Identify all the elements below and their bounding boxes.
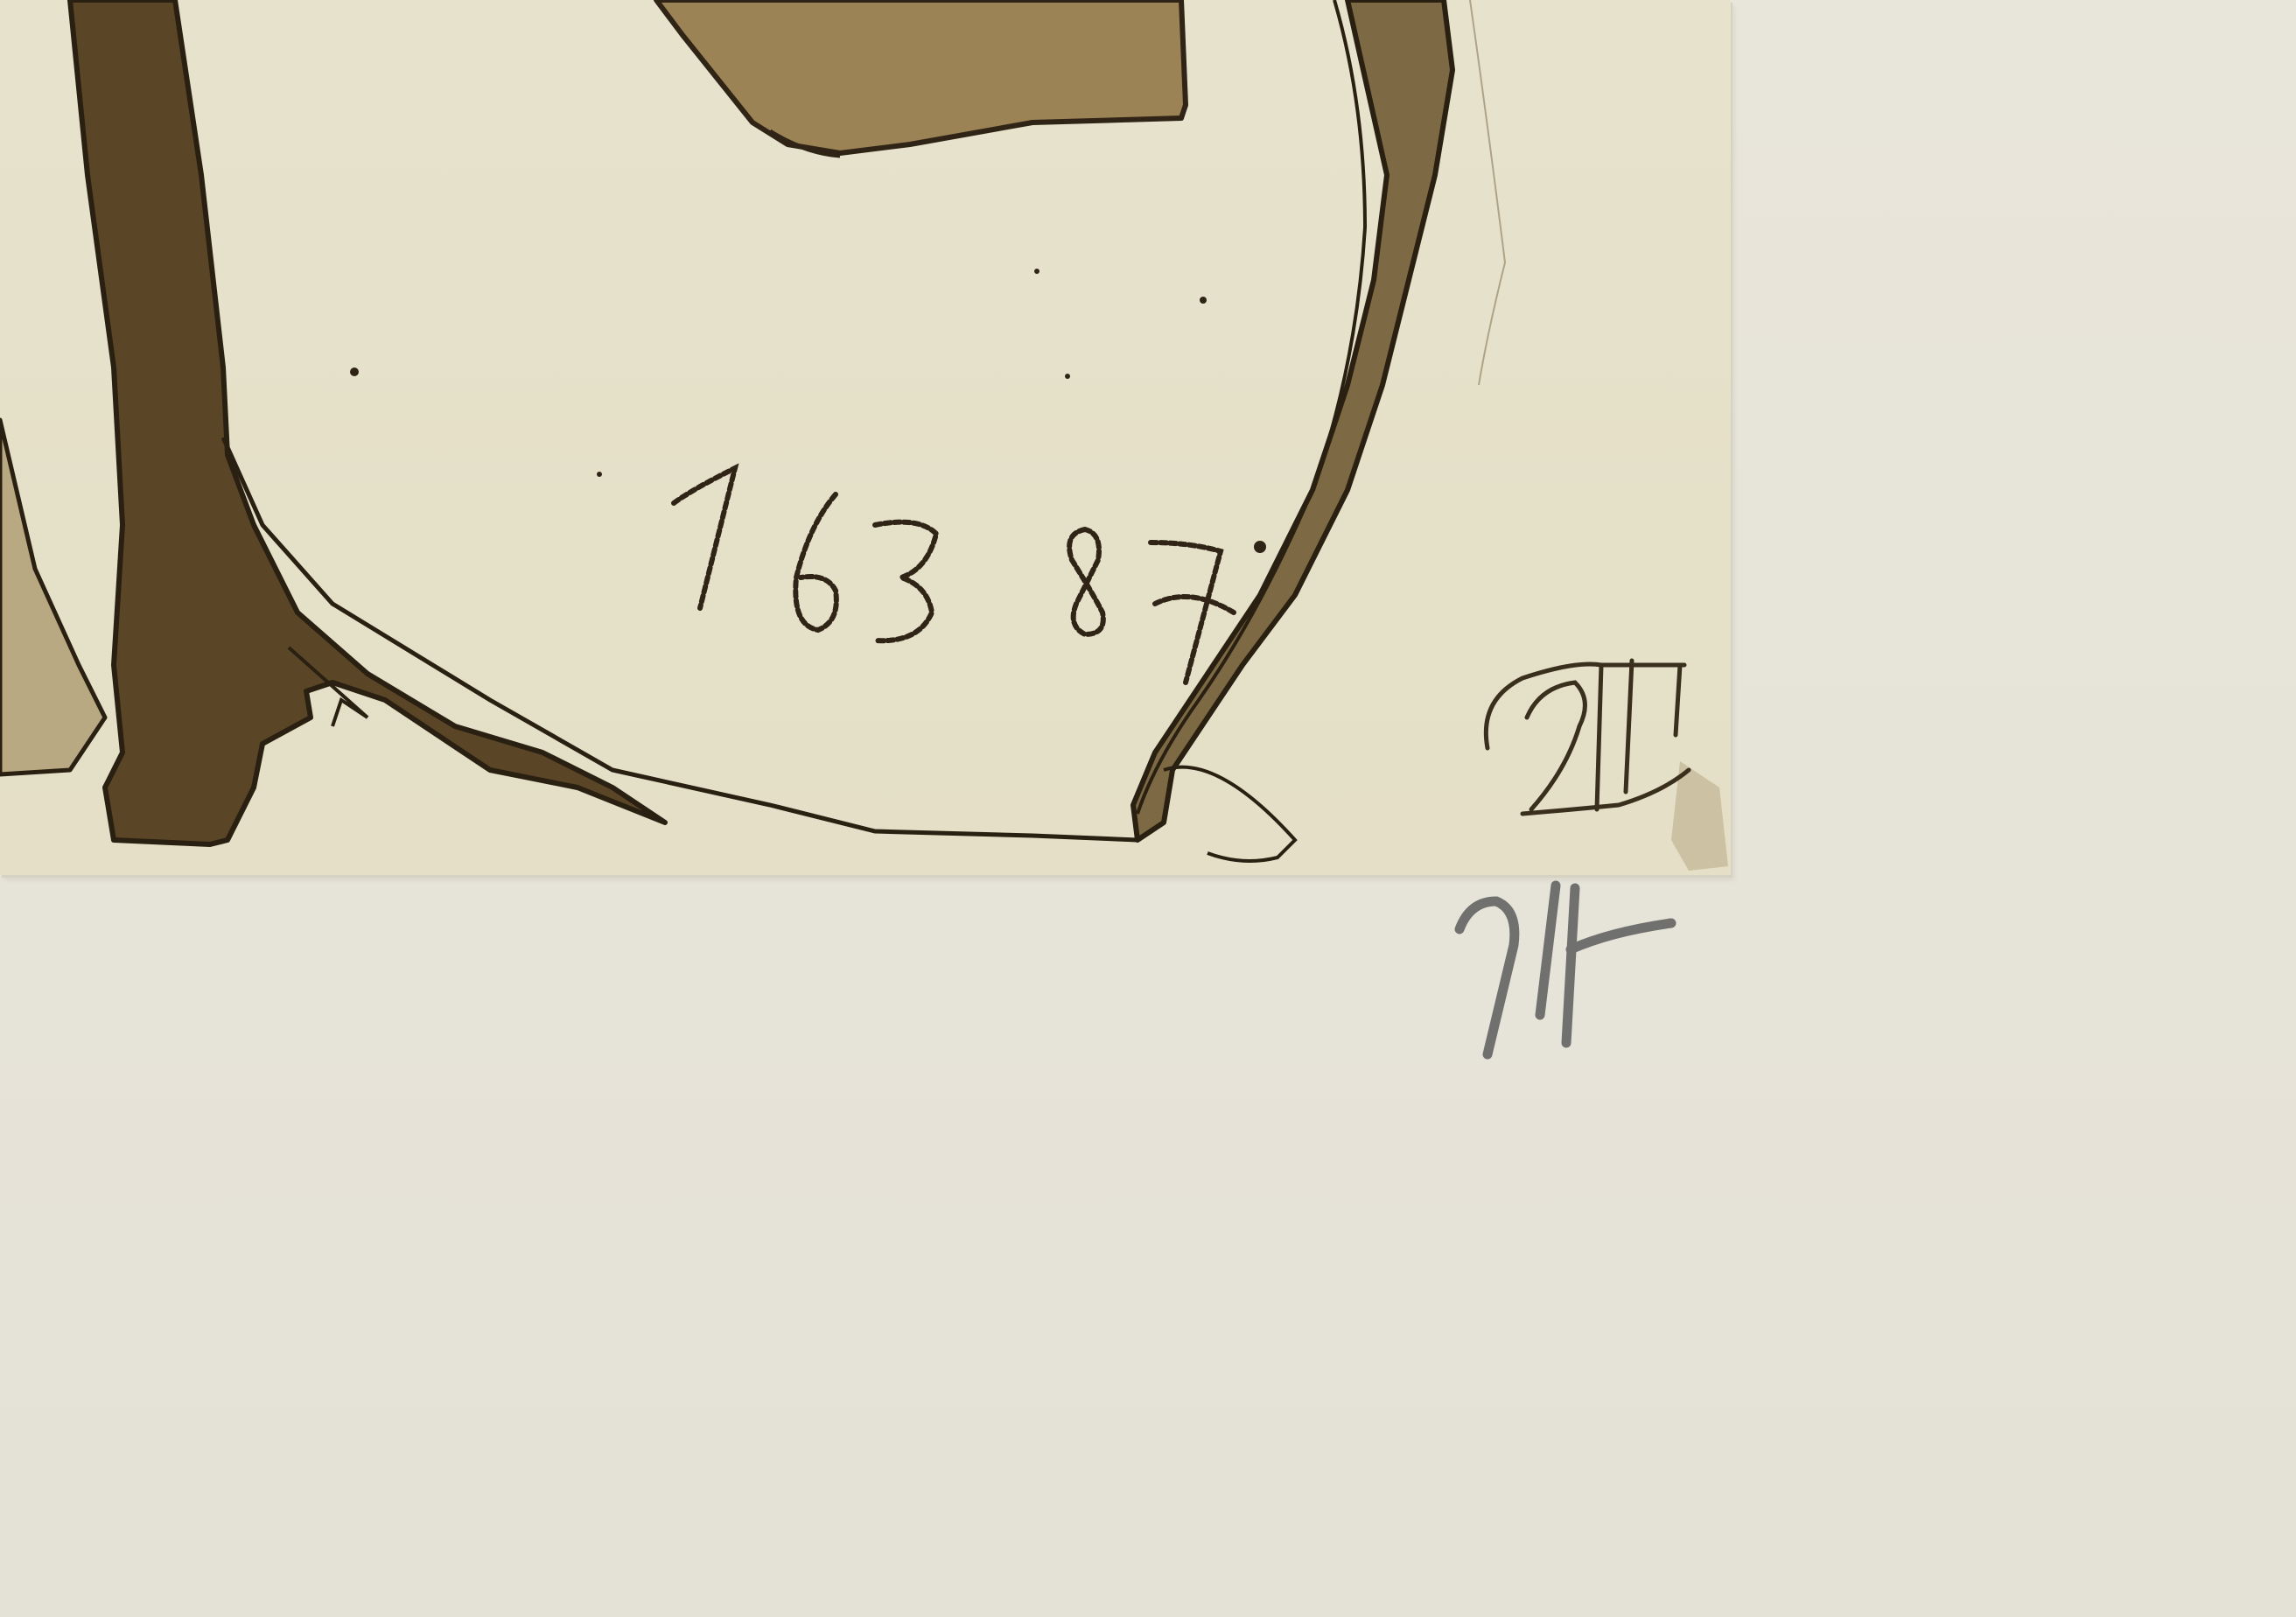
wash-shape-top <box>656 0 1186 156</box>
plate-monogram-icon <box>1486 661 1689 814</box>
plate-inscription-number <box>674 468 1234 682</box>
wash-shape-far-left <box>0 420 105 774</box>
paper-sheet: 16387 <box>0 0 2296 1617</box>
ink-speckles <box>350 269 1266 553</box>
pencil-signature-icon <box>1459 885 1671 1054</box>
wash-shape-right-band <box>1133 0 1505 861</box>
etching-artwork <box>0 0 2296 1617</box>
